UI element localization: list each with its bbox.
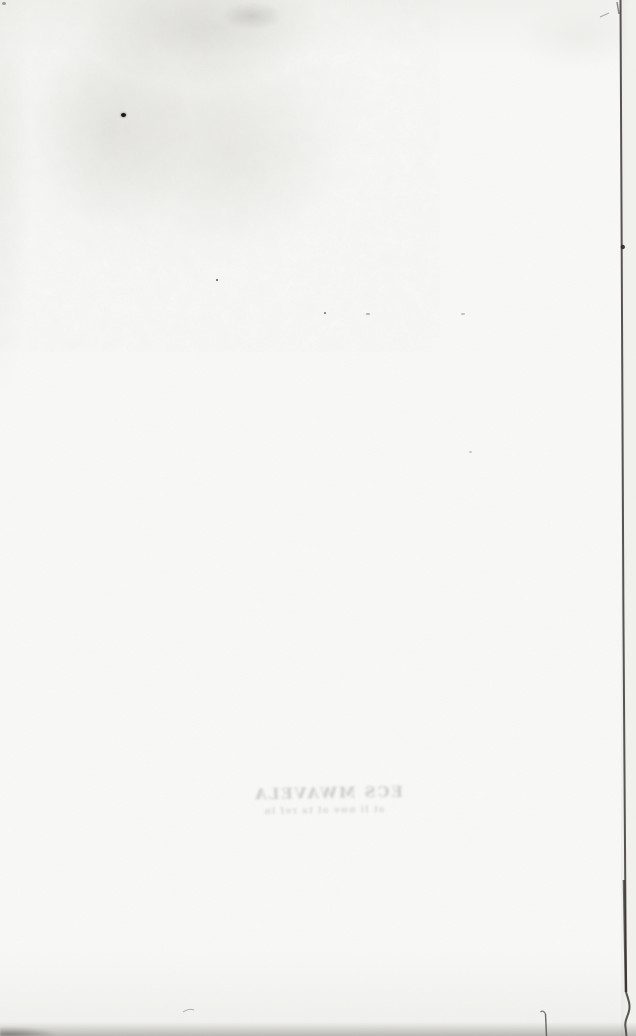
scanned-page: ECS MWAVELA at li nwe ol ta ref ln	[0, 0, 636, 1036]
ink-speck	[324, 312, 326, 314]
ink-speck	[469, 451, 472, 453]
bottom-edge-shadow	[0, 1022, 636, 1036]
ink-speck	[216, 279, 218, 281]
ink-speck	[366, 313, 370, 315]
ink-speck	[461, 313, 465, 315]
ink-dot	[121, 113, 126, 117]
bottom-left-corner-smudge	[0, 1027, 58, 1036]
show-through-text-line1: ECS MWAVELA	[248, 783, 408, 804]
page-edge-line	[0, 0, 636, 1036]
ink-speck	[2, 2, 6, 5]
